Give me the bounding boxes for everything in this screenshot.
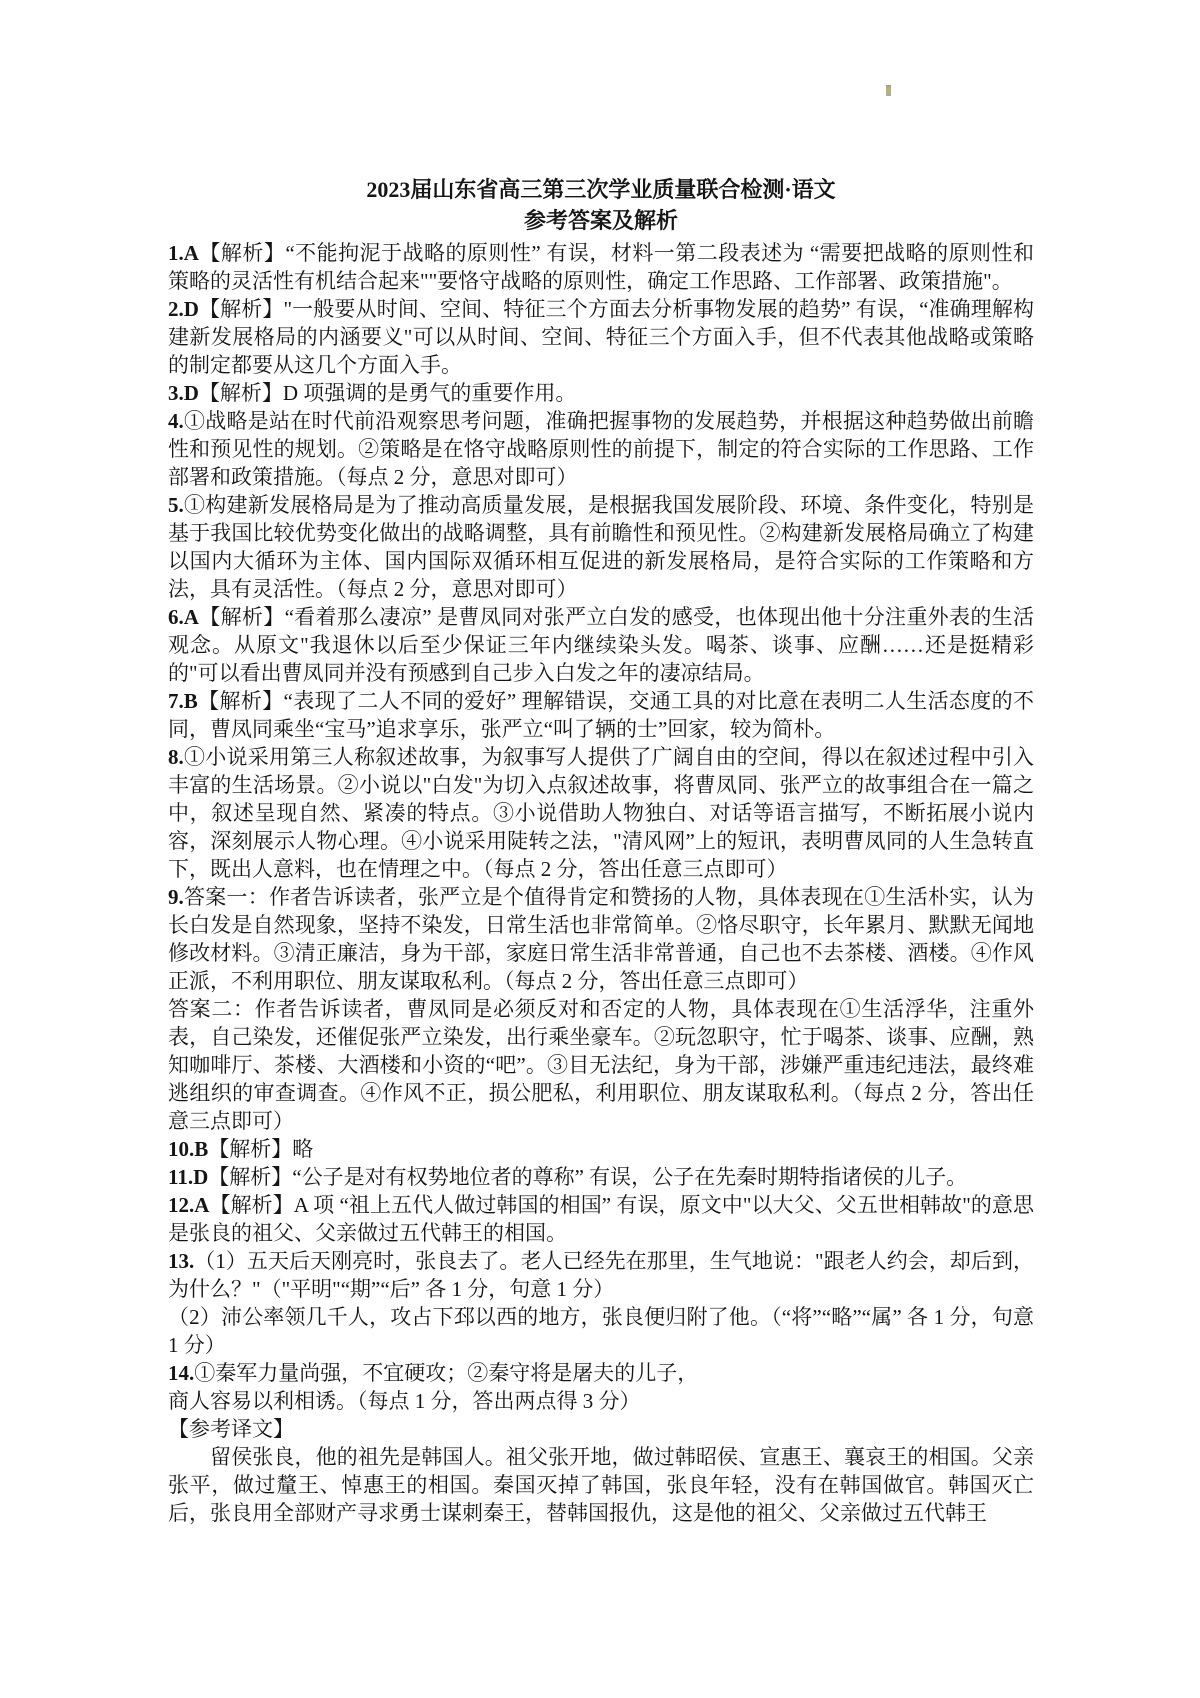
answer-text: 【解析】“不能拘泥于战略的原则性” 有误，材料一第二段表述为 “需要把战略的原则… [168,241,1034,293]
answer-prefix: 6.A [168,605,199,629]
answer-text: 【解析】D 项强调的是勇气的重要作用。 [199,381,576,405]
answer-text: 商人容易以利相诱。（每点 1 分，答出两点得 3 分） [168,1389,641,1413]
answer-prefix: 3.D [168,381,199,405]
answer-text: 【解析】A 项 “祖上五代人做过韩国的相国” 有误，原文中"以大父、父五世相韩故… [168,1193,1034,1245]
answer-text: （1）五天后天刚亮时，张良去了。老人已经先在那里，生气地说："跟老人约会，却后到… [168,1249,1034,1301]
answer-text: 【解析】“表现了二人不同的爱好” 理解错误，交通工具的对比意在表明二人生活态度的… [168,689,1034,741]
document-subtitle: 参考答案及解析 [168,206,1034,236]
answer-paragraph: 2.D【解析】"一般要从时间、空间、特征三个方面去分析事物发展的趋势” 有误，“… [168,295,1034,379]
answer-paragraph: 3.D【解析】D 项强调的是勇气的重要作用。 [168,379,1034,407]
answer-paragraph: 14.①秦军力量尚强，不宜硬攻；②秦守将是屠夫的儿子， [168,1359,1034,1387]
answer-paragraph: 答案二：作者告诉读者，曹凤同是必须反对和否定的人物，具体表现在①生活浮华，注重外… [168,995,1034,1135]
answer-paragraph: 【参考译文】 [168,1415,1034,1443]
answer-prefix: 1.A [168,241,199,265]
answer-text: ①小说采用第三人称叙述故事，为叙事写人提供了广阔自由的空间，得以在叙述过程中引入… [168,745,1034,881]
answer-text: 【参考译文】 [168,1417,294,1441]
answer-text: 【解析】“看着那么凄凉” 是曹凤同对张严立白发的感受，也体现出他十分注重外表的生… [168,605,1034,685]
document-title: 2023届山东省高三第三次学业质量联合检测·语文 [168,175,1034,205]
answer-prefix: 13. [168,1249,194,1273]
answer-text: （2）沛公率领几千人，攻占下邳以西的地方，张良便归附了他。（“将”“略”“属” … [168,1305,1034,1357]
answer-text: 【解析】"一般要从时间、空间、特征三个方面去分析事物发展的趋势” 有误，“准确理… [168,297,1034,377]
answer-text: ①战略是站在时代前沿观察思考问题，准确把握事物的发展趋势，并根据这种趋势做出前瞻… [168,409,1034,489]
answer-paragraph: 商人容易以利相诱。（每点 1 分，答出两点得 3 分） [168,1387,1034,1415]
answer-prefix: 11.D [168,1165,208,1189]
answer-paragraph: （2）沛公率领几千人，攻占下邳以西的地方，张良便归附了他。（“将”“略”“属” … [168,1303,1034,1359]
answer-paragraph: 9.答案一：作者告诉读者，张严立是个值得肯定和赞扬的人物，具体表现在①生活朴实，… [168,883,1034,995]
answer-prefix: 5. [168,493,184,517]
scan-artifact [886,85,891,96]
answer-text: 【解析】略 [208,1137,313,1161]
answer-text: ①构建新发展格局是为了推动高质量发展，是根据我国发展阶段、环境、条件变化，特别是… [168,493,1034,601]
answer-prefix: 12.A [168,1193,209,1217]
answer-text: 留侯张良，他的祖先是韩国人。祖父张开地，做过韩昭侯、宣惠王、襄哀王的相国。父亲张… [168,1445,1034,1525]
answer-content: 1.A【解析】“不能拘泥于战略的原则性” 有误，材料一第二段表述为 “需要把战略… [168,239,1034,1527]
answer-prefix: 2.D [168,297,199,321]
answer-text: 答案二：作者告诉读者，曹凤同是必须反对和否定的人物，具体表现在①生活浮华，注重外… [168,997,1034,1133]
answer-paragraph: 13.（1）五天后天刚亮时，张良去了。老人已经先在那里，生气地说："跟老人约会，… [168,1247,1034,1303]
answer-paragraph: 4.①战略是站在时代前沿观察思考问题，准确把握事物的发展趋势，并根据这种趋势做出… [168,407,1034,491]
answer-prefix: 8. [168,745,184,769]
answer-paragraph: 6.A【解析】“看着那么凄凉” 是曹凤同对张严立白发的感受，也体现出他十分注重外… [168,603,1034,687]
answer-text: 答案一：作者告诉读者，张严立是个值得肯定和赞扬的人物，具体表现在①生活朴实，认为… [168,885,1034,993]
answer-prefix: 9. [168,885,184,909]
answer-text: 【解析】“公子是对有权势地位者的尊称” 有误，公子在先秦时期特指诸侯的儿子。 [208,1165,967,1189]
document-page: 2023届山东省高三第三次学业质量联合检测·语文 参考答案及解析 1.A【解析】… [0,0,1200,1698]
answer-paragraph: 1.A【解析】“不能拘泥于战略的原则性” 有误，材料一第二段表述为 “需要把战略… [168,239,1034,295]
answer-prefix: 10.B [168,1137,208,1161]
answer-paragraph: 5.①构建新发展格局是为了推动高质量发展，是根据我国发展阶段、环境、条件变化，特… [168,491,1034,603]
answer-prefix: 14. [168,1361,194,1385]
answer-paragraph: 留侯张良，他的祖先是韩国人。祖父张开地，做过韩昭侯、宣惠王、襄哀王的相国。父亲张… [168,1443,1034,1527]
answer-prefix: 7.B [168,689,198,713]
answer-prefix: 4. [168,409,184,433]
answer-paragraph: 12.A【解析】A 项 “祖上五代人做过韩国的相国” 有误，原文中"以大父、父五… [168,1191,1034,1247]
answer-paragraph: 10.B【解析】略 [168,1135,1034,1163]
answer-paragraph: 8.①小说采用第三人称叙述故事，为叙事写人提供了广阔自由的空间，得以在叙述过程中… [168,743,1034,883]
answer-text: ①秦军力量尚强，不宜硬攻；②秦守将是屠夫的儿子， [194,1361,698,1385]
answer-paragraph: 11.D【解析】“公子是对有权势地位者的尊称” 有误，公子在先秦时期特指诸侯的儿… [168,1163,1034,1191]
answer-paragraph: 7.B【解析】“表现了二人不同的爱好” 理解错误，交通工具的对比意在表明二人生活… [168,687,1034,743]
